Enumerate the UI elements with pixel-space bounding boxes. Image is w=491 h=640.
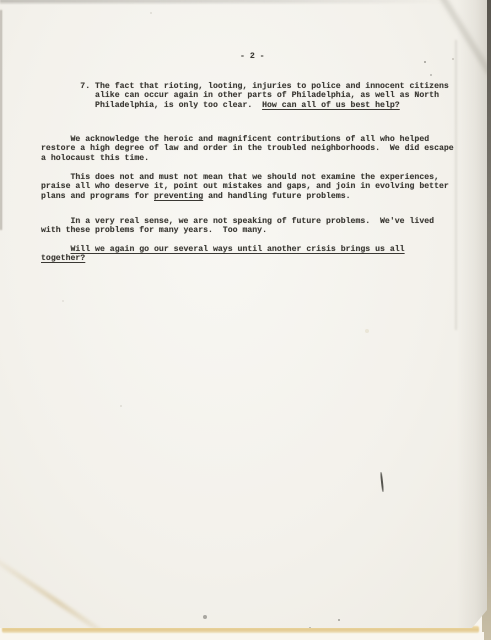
underlined-text: Will we again go our several ways until …	[70, 245, 404, 254]
scanned-document: - 2 - 7. The fact that rioting, looting,…	[0, 0, 491, 640]
page-number: - 2 -	[240, 52, 265, 61]
text-segment: praise all who deserve it, point out mis…	[41, 182, 449, 191]
text-segment: plans and programs for	[41, 192, 154, 201]
paragraph-item-7: 7. The fact that rioting, looting, injur…	[41, 82, 449, 110]
text-segment: restore a high degree of law and order i…	[41, 144, 454, 153]
text-line: In a very real sense, we are not speakin…	[41, 217, 434, 226]
text-line: together?	[41, 254, 405, 263]
bottom-left-crease	[0, 556, 103, 634]
text-segment: and handling future problems.	[203, 192, 350, 201]
text-line: a holocaust this time.	[41, 154, 454, 163]
text-line: restore a high degree of law and order i…	[41, 144, 454, 153]
text-line: We acknowledge the heroic and magnificen…	[41, 135, 454, 144]
right-page-curl-shading	[457, 0, 487, 628]
paragraph-p-question: Will we again go our several ways until …	[41, 245, 405, 264]
paper-speckles	[0, 0, 2, 2]
text-line: Will we again go our several ways until …	[41, 245, 405, 254]
text-line: alike can occur again in other parts of …	[41, 91, 449, 100]
left-edge-shadow	[0, 10, 2, 230]
underlined-text: How can all of us best help?	[262, 101, 400, 110]
pen-mark	[380, 472, 384, 492]
paragraph-p-acknowledge: We acknowledge the heroic and magnificen…	[41, 135, 454, 163]
paragraph-p-real-sense: In a very real sense, we are not speakin…	[41, 217, 434, 236]
text-segment: We acknowledge the heroic and magnificen…	[41, 135, 429, 144]
text-segment: with these problems for many years. Too …	[41, 226, 267, 235]
text-segment: This does not and must not mean that we …	[41, 173, 439, 182]
paper-page: - 2 - 7. The fact that rioting, looting,…	[0, 0, 487, 628]
text-line: 7. The fact that rioting, looting, injur…	[41, 82, 449, 91]
text-line: Philadelphia, is only too clear. How can…	[41, 101, 449, 110]
text-segment: 7. The fact that rioting, looting, injur…	[41, 82, 449, 91]
text-line: This does not and must not mean that we …	[41, 173, 449, 182]
text-line: plans and programs for preventing and ha…	[41, 192, 449, 201]
text-line: with these problems for many years. Too …	[41, 226, 434, 235]
top-edge-shadow	[0, 0, 487, 5]
text-segment: In a very real sense, we are not speakin…	[41, 217, 434, 226]
text-segment: Philadelphia, is only too clear.	[41, 101, 262, 110]
text-segment: alike can occur again in other parts of …	[41, 91, 439, 100]
text-segment	[41, 245, 70, 254]
text-line: praise all who deserve it, point out mis…	[41, 182, 449, 191]
vertical-crease	[455, 40, 457, 330]
text-segment: a holocaust this time.	[41, 154, 149, 163]
underlined-text: together?	[41, 254, 85, 263]
paragraph-p-examine: This does not and must not mean that we …	[41, 173, 449, 201]
underlined-text: preventing	[154, 192, 203, 201]
under-sheet	[0, 632, 484, 640]
